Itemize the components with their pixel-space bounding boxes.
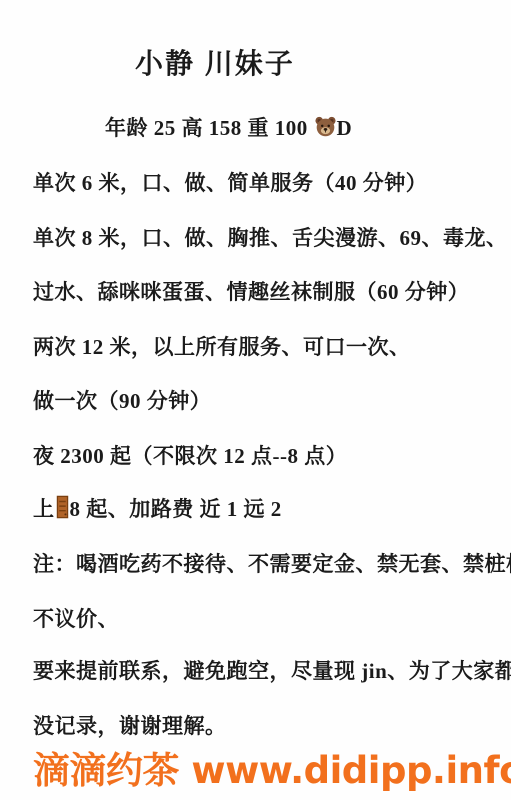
price-line: 做一次（90 分钟）	[33, 385, 211, 415]
watermark-url: www.didipp.info	[191, 749, 511, 792]
outcall-line: 上 8 起、加路费 近 1 远 2	[33, 493, 282, 523]
outcall-prefix: 上	[33, 497, 55, 521]
door-emoji-icon	[55, 495, 70, 519]
price-line: 单次 8 米，口、做、胸推、舌尖漫游、69、毒龙、	[33, 222, 508, 252]
price-line: 过水、舔咪咪蛋蛋、情趣丝袜制服（60 分钟）	[33, 276, 469, 306]
price-line: 两次 12 米，以上所有服务、可口一次、	[33, 331, 411, 361]
watermark: 滴滴约茶 www.didipp.info	[33, 740, 511, 794]
outcall-suffix: 8 起、加路费 近 1 远 2	[70, 497, 282, 521]
stats-text: 年龄 25 高 158 重 100	[105, 116, 314, 140]
note-line: 要来提前联系，避免跑空，尽量现 jin、为了大家都安全	[33, 655, 511, 685]
page-title: 小静 川妹子	[135, 42, 295, 82]
flyer-page: 小静 川妹子 年龄 25 高 158 重 100 D 单次 6 米，口、做、简单…	[0, 0, 511, 800]
price-line: 夜 2300 起（不限次 12 点--8 点）	[33, 440, 347, 470]
note-line: 注：喝酒吃药不接待、不需要定金、禁无套、禁桩机、	[33, 548, 511, 578]
price-line: 单次 6 米，口、做、简单服务（40 分钟）	[33, 167, 427, 197]
note-line: 没记录，谢谢理解。	[33, 710, 227, 740]
note-line: 不议价、	[33, 603, 119, 633]
stats-cup-size: D	[337, 116, 353, 140]
watermark-brand: 滴滴约茶	[33, 749, 179, 792]
bear-emoji-icon	[314, 115, 337, 138]
stats-line: 年龄 25 高 158 重 100 D	[105, 112, 352, 142]
